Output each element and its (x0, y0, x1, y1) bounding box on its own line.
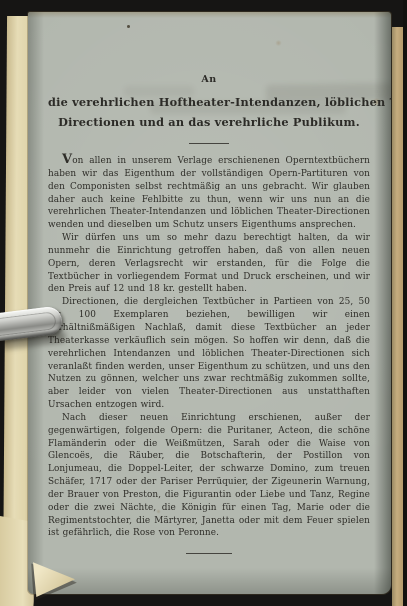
title-line-2: Directionen und an das verehrliche Publi… (48, 112, 370, 132)
title-line-1: die verehrlichen Hoftheater-Intendanzen,… (48, 92, 370, 112)
divider-rule-top (189, 143, 229, 144)
body-text: Von allen in unserem Verlage erschienene… (48, 154, 370, 540)
paragraph: Von allen in unserem Verlage erschienene… (48, 154, 370, 232)
divider-rule-bottom (186, 553, 232, 554)
paragraph: Nach dieser neuen Einrichtung erschienen… (48, 412, 370, 540)
paragraph: Wir dürfen uns um so mehr dazu berechtig… (48, 232, 370, 296)
salutation: An (48, 74, 370, 85)
page-content: An die verehrlichen Hoftheater-Intendanz… (48, 12, 370, 554)
page-edge-right (392, 27, 403, 606)
scan-edge-right (403, 0, 407, 606)
paragraph: Directionen, die dergleichen Textbücher … (48, 296, 370, 412)
book-scan: An die verehrlichen Hoftheater-Intendanz… (0, 0, 407, 606)
scanned-page: An die verehrlichen Hoftheater-Intendanz… (28, 12, 391, 594)
